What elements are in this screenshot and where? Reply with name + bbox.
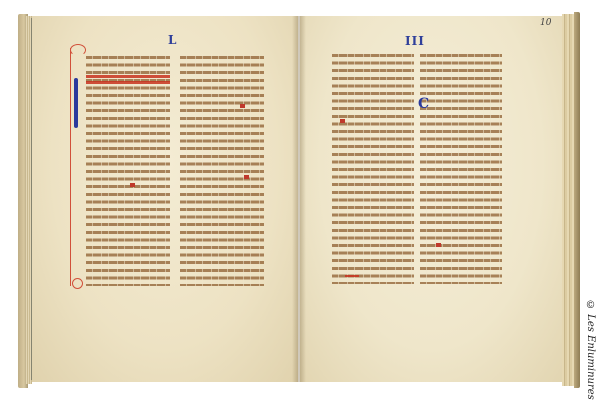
book-gutter [292, 16, 306, 382]
rubric-line-1 [86, 75, 170, 78]
red-paragraph-mark [244, 175, 249, 179]
blue-initial-letter [74, 78, 78, 128]
flourish-curl-bottom [72, 278, 83, 289]
blue-initial-c: C [418, 96, 429, 112]
left-page-column-1 [86, 54, 170, 286]
right-cover-edge [574, 12, 580, 388]
copyright-credit: © Les Enluminures [582, 300, 596, 396]
red-paragraph-mark [436, 243, 441, 247]
red-paragraph-mark [340, 119, 345, 123]
right-page-column-2 [420, 52, 502, 284]
red-paragraph-mark [240, 104, 245, 108]
rubric-underline [345, 275, 359, 277]
right-page-column-1 [332, 52, 414, 284]
right-running-header: III [405, 34, 425, 48]
folio-number: 10 [540, 18, 551, 28]
rubric-line-2 [86, 81, 170, 84]
left-running-header: L [168, 33, 177, 47]
red-paragraph-mark [130, 183, 135, 187]
flourish-curl-top [70, 44, 86, 56]
left-page-column-2 [180, 54, 264, 286]
